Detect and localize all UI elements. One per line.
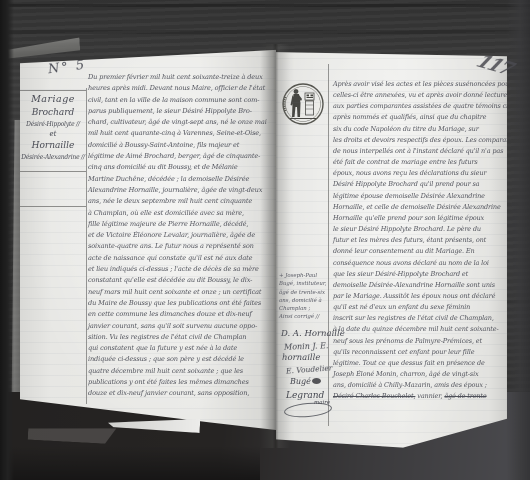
struck-body-line: Désiré Charles Bouchelet, vannier, âgé d…	[333, 391, 505, 402]
handwritten-line: par le Mariage. Aussitôt les époux nous …	[333, 291, 505, 302]
handwritten-line: Martine Duchêne, décédée ; la demoiselle…	[88, 174, 274, 185]
revenue-stamp-icon	[281, 81, 325, 127]
handwritten-line: sition. Vu les registres de l'état civil…	[88, 332, 274, 343]
handwritten-line: indiquée ci-dessus ; que son père y est …	[88, 354, 274, 365]
handwritten-line: que les sieur Désiré-Hippolyte Brochard …	[333, 269, 505, 280]
handwritten-line: constatant qu'elle est décédée au dit Bo…	[88, 275, 274, 286]
handwritten-line: + Joseph-Paul	[279, 272, 329, 280]
handwritten-line: domicilié à Boussy-Saint-Antoine, fils m…	[88, 140, 274, 151]
handwritten-line: cinq ans domicilié au dit Boussy, et de …	[88, 162, 274, 173]
handwritten-line: celles-ci être annexées, vu et après avo…	[333, 90, 505, 101]
right-page-body-text: Après avoir visé les actes et les pièces…	[333, 79, 505, 403]
handwritten-line: fille légitime majeure de Pierre Hornail…	[88, 219, 274, 230]
handwritten-line: Du premier février mil huit cent soixant…	[88, 72, 274, 83]
handwritten-line: légitime de Aimé Brochard, berger, âgé d…	[88, 151, 274, 162]
register-right-page: Après avoir visé les actes et les pièces…	[276, 48, 507, 460]
margin-rule-bottom	[20, 171, 86, 172]
register-left-page: N° 5 Mariage Brochard Désiré-Hippolyte /…	[20, 46, 276, 430]
handwritten-line: après nommés et qualifiés, ainsi que du …	[333, 112, 505, 123]
handwritten-line: Ainsi corrigé //	[279, 313, 329, 321]
handwritten-line: ans, domicilié à	[279, 297, 329, 305]
handwritten-line: conséquence nous avons déclaré au nom de…	[333, 258, 505, 269]
rubric-act-type: Mariage	[20, 94, 86, 105]
rubric-groom-given: Désiré-Hippolyte //	[20, 121, 86, 128]
struck-text: âgé de trente	[444, 392, 486, 400]
handwritten-line: futur et les mères des futurs, étant pré…	[333, 235, 505, 246]
rubric-bride-given: Désirée-Alexandrine //	[20, 154, 86, 161]
handwritten-line: Désiré Hippolyte Brochard qu'il prend po…	[333, 179, 505, 190]
handwritten-line: légitime. Tout ce que dessus fait en pré…	[333, 358, 505, 369]
handwritten-line: donné leur consentement au dit Mariage. …	[333, 246, 505, 257]
signature-hornaille: hornaille	[282, 353, 320, 363]
handwritten-line: à la date du quinze décembre mil huit ce…	[333, 324, 505, 335]
handwritten-line: demoiselle Désirée-Alexandrine Hornaille…	[333, 280, 505, 291]
struck-text: Désiré Charles Bouchelet,	[333, 392, 415, 400]
handwritten-line: qui constatent que la future y est née à…	[88, 343, 274, 354]
handwritten-line: été fait de contrat de mariage entre les…	[333, 157, 505, 168]
signature-monin: Monin J. E.	[284, 341, 329, 352]
under-page-corner	[8, 38, 81, 59]
handwritten-line: ans, née le deux septembre mil huit cent…	[88, 196, 274, 207]
handwritten-line: en cette commune les dimanches douze et …	[88, 309, 274, 320]
handwritten-line: Alexandrine Hornaille, journalière, âgée…	[88, 185, 274, 196]
plain-text: vannier,	[415, 392, 444, 400]
margin-divider-rule	[86, 88, 87, 404]
signature-voudelier: E. Voudelier	[286, 363, 333, 375]
right-page-lines: Après avoir visé les actes et les pièces…	[333, 79, 505, 391]
handwritten-line: Joseph Éloné Monin, charron, âgé de ving…	[333, 369, 505, 380]
handwritten-line: quatre décembre mil huit cent soixante ;…	[88, 366, 274, 377]
handwritten-line: heures après midi. Devant nous Maire, of…	[88, 83, 274, 94]
signature-bride: D. A. Hornaille	[281, 329, 345, 339]
handwritten-line: aux parties comparantes assistées de qua…	[333, 101, 505, 112]
rubric-conjunction: et	[20, 130, 86, 138]
ink-blot	[312, 378, 321, 384]
handwritten-line: Après avoir visé les actes et les pièces…	[333, 79, 505, 90]
handwritten-line: et lieu indiqués ci-dessus ; l'acte de d…	[88, 264, 274, 275]
handwritten-line: Champlan ;	[279, 305, 329, 313]
handwritten-line: Hornaille qu'elle prend pour son légitim…	[333, 213, 505, 224]
handwritten-line: le sieur Désiré Hippolyte Brochard. Le p…	[333, 224, 505, 235]
archival-scan-viewport: { "document": { "page_number_paraph": "1…	[0, 0, 530, 480]
handwritten-line: neuf sous les prénoms de Palmyre-Prémice…	[333, 336, 505, 347]
handwritten-line: qu'il est né d'eux un enfant du sexe fém…	[333, 302, 505, 313]
rubric-groom-surname: Brochard	[20, 108, 86, 118]
handwritten-line: parus publiquement, le sieur Désiré Hipp…	[88, 106, 274, 117]
scan-streak	[0, 30, 530, 34]
margin-rubric: Mariage Brochard Désiré-Hippolyte // et …	[20, 94, 86, 161]
handwritten-line: publications y ont été faites les mêmes …	[88, 377, 274, 388]
handwritten-line: six du code Napoléon du titre du Mariage…	[333, 124, 505, 135]
signature-flourish	[283, 401, 332, 419]
handwritten-line: chard, cultivateur, âgé de vingt-sept an…	[88, 117, 274, 128]
handwritten-line: de nous interpellés ont à l'instant décl…	[333, 146, 505, 157]
rubric-bride-surname: Hornaille	[20, 141, 86, 151]
handwritten-line: légitime épouse demoiselle Désirée Alexa…	[333, 191, 505, 202]
handwritten-line: âgé de trente-six	[279, 289, 329, 297]
handwritten-line: à Champlan, où elle est domiciliée avec …	[88, 208, 274, 219]
handwritten-line: acte de naissance qui constate qu'il est…	[88, 253, 274, 264]
margin-witness-note: + Joseph-PaulBugé, instituteur,âgé de tr…	[279, 272, 329, 322]
handwritten-line: Hornaille, et celle de demoiselle Désiré…	[333, 202, 505, 213]
handwritten-line: civil, tant en la ville de la maison com…	[88, 95, 274, 106]
margin-rule-top	[20, 90, 86, 91]
left-page-body-text: Du premier février mil huit cent soixant…	[88, 72, 274, 400]
signature-buge: Bugé	[290, 377, 311, 386]
handwritten-line: Bugé, instituteur,	[279, 280, 329, 288]
scan-left-edge	[0, 0, 14, 480]
handwritten-line: du Maire de Boussy que les publications …	[88, 298, 274, 309]
handwritten-line: époux, nous avons reçu les déclarations …	[333, 168, 505, 179]
handwritten-line: mil huit cent quarante-cinq à Varennes, …	[88, 128, 274, 139]
act-number: N° 5	[47, 58, 87, 78]
margin-rule-extra	[20, 206, 86, 207]
handwritten-line: les droits et devoirs respectifs des épo…	[333, 135, 505, 146]
handwritten-line: et de Victoire Éléonore Levalar, journal…	[88, 230, 274, 241]
scan-streak	[0, 4, 530, 7]
handwritten-line: inscrit sur les registres de l'état civi…	[333, 313, 505, 324]
handwritten-line: ans, domicilié à Chilly-Mazarin, amis de…	[333, 380, 505, 391]
handwritten-line: qu'ils reconnaissent cet enfant pour leu…	[333, 347, 505, 358]
handwritten-line: soixante-quatre ans. Le futur nous a rep…	[88, 241, 274, 252]
handwritten-line: janvier courant, sans qu'il soit survenu…	[88, 321, 274, 332]
handwritten-line: douze et dix-neuf janvier courant, sans …	[88, 388, 274, 399]
handwritten-line: neuf mars mil huit cent soixante et onze…	[88, 287, 274, 298]
